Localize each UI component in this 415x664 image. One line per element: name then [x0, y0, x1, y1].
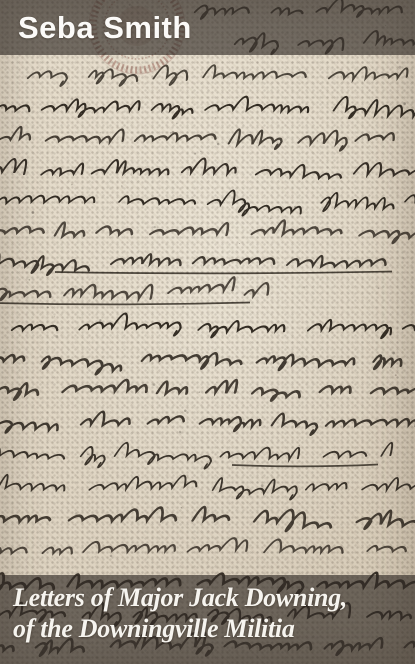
author-name: Seba Smith: [18, 10, 192, 46]
book-title-line-1: Letters of Major Jack Downing,: [13, 582, 407, 613]
underline-stroke: [55, 272, 392, 274]
underline-stroke: [0, 303, 250, 305]
author-band: Seba Smith: [0, 0, 415, 55]
title-band: Letters of Major Jack Downing, of the Do…: [0, 575, 415, 664]
book-title-line-2: of the Downingville Militia: [13, 613, 407, 644]
book-cover: Seba Smith Letters of Major Jack Downing…: [0, 0, 415, 664]
handwriting-manuscript-background: [0, 0, 415, 664]
underline-stroke: [232, 465, 378, 467]
